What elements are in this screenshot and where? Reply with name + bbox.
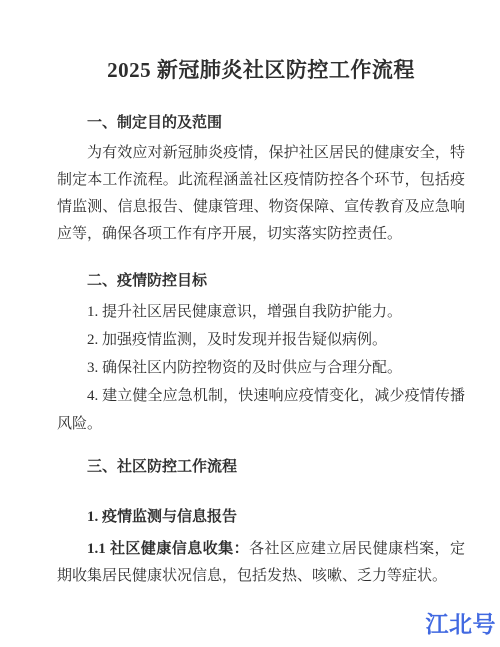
- document-title: 2025 新冠肺炎社区防控工作流程: [57, 54, 465, 86]
- goal-item-2: 2. 加强疫情监测，及时发现并报告疑似病例。: [57, 326, 465, 354]
- goal-item-1: 1. 提升社区居民健康意识，增强自我防护能力。: [57, 298, 465, 326]
- goal-item-4: 4. 建立健全应急机制，快速响应疫情变化，减少疫情传播风险。: [57, 382, 465, 438]
- goal-item-3: 3. 确保社区内防控物资的及时供应与合理分配。: [57, 354, 465, 382]
- document-page: 2025 新冠肺炎社区防控工作流程 一、制定目的及范围 为有效应对新冠肺炎疫情，…: [0, 0, 500, 647]
- section-heading-purpose-scope: 一、制定目的及范围: [57, 112, 465, 134]
- subsection-heading-monitoring-reporting: 1. 疫情监测与信息报告: [57, 506, 465, 528]
- goal-list: 1. 提升社区居民健康意识，增强自我防护能力。 2. 加强疫情监测，及时发现并报…: [57, 298, 465, 438]
- section-heading-work-process: 三、社区防控工作流程: [57, 456, 465, 478]
- section-heading-prevention-goals: 二、疫情防控目标: [57, 270, 465, 292]
- watermark-jiangbeihao: 江北号: [426, 606, 497, 639]
- clause-health-info-collection: 1.1 社区健康信息收集：各社区应建立居民健康档案，定期收集居民健康状况信息，包…: [57, 536, 465, 590]
- clause-label: 1.1 社区健康信息收集：: [87, 541, 249, 557]
- document-content: 2025 新冠肺炎社区防控工作流程 一、制定目的及范围 为有效应对新冠肺炎疫情，…: [57, 0, 465, 590]
- purpose-scope-paragraph: 为有效应对新冠肺炎疫情，保护社区居民的健康安全，特制定本工作流程。此流程涵盖社区…: [57, 140, 465, 248]
